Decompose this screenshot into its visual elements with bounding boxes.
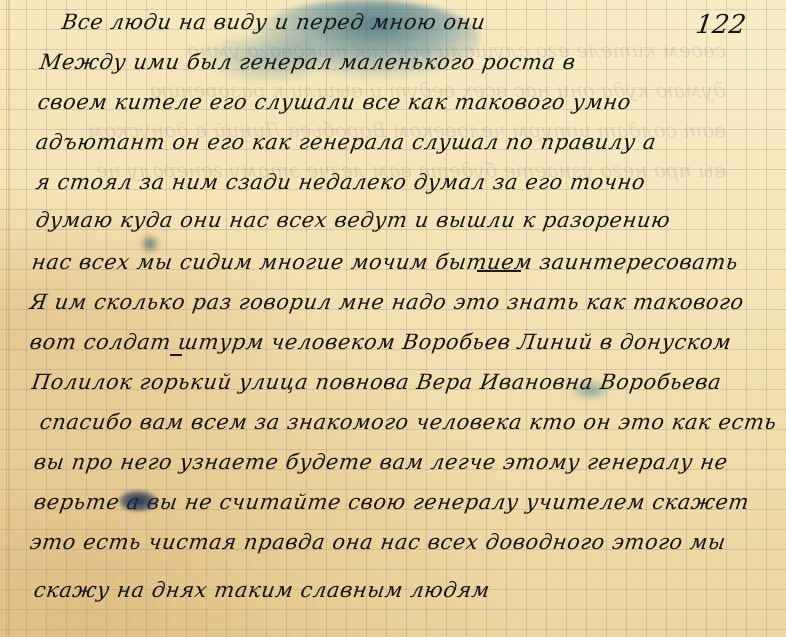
handwritten-line: Полилок горький улица повнова Вера Ивано… xyxy=(30,370,723,394)
ink-blot xyxy=(118,490,158,512)
word-underline xyxy=(477,270,521,272)
handwritten-line: вот солдат штурм человеком Воробьев Лини… xyxy=(28,330,733,354)
handwritten-line: думаю куда они нас всех ведут и вышли к … xyxy=(34,208,672,232)
handwritten-line: нас всех мы сидим многие мочим бытием за… xyxy=(30,250,739,274)
page-number: 122 xyxy=(694,10,748,40)
handwritten-line: Между ими был генерал маленького роста в xyxy=(38,50,577,74)
handwritten-line: скажу на днях таким славным людям xyxy=(32,578,491,602)
notebook-page: своем кителе его слушали все как таковог… xyxy=(0,0,786,637)
handwritten-line: адъютант он его как генерала слушал по п… xyxy=(34,130,658,154)
handwritten-line: я стоял за ним сзади недалеко думал за е… xyxy=(34,170,647,194)
handwritten-line: Все люди на виду и перед мною они xyxy=(60,10,487,34)
handwritten-line: спасибо вам всем за знакомого человека к… xyxy=(38,410,778,434)
handwritten-line: своем кителе его слушали все как таковог… xyxy=(36,90,632,114)
handwritten-line: вы про него узнаете будете вам легче это… xyxy=(32,450,729,474)
word-underline xyxy=(170,354,182,356)
handwritten-line: это есть чистая правда она нас всех дово… xyxy=(28,530,727,554)
handwritten-line: Я им сколько раз говорил мне надо это зн… xyxy=(28,290,745,314)
